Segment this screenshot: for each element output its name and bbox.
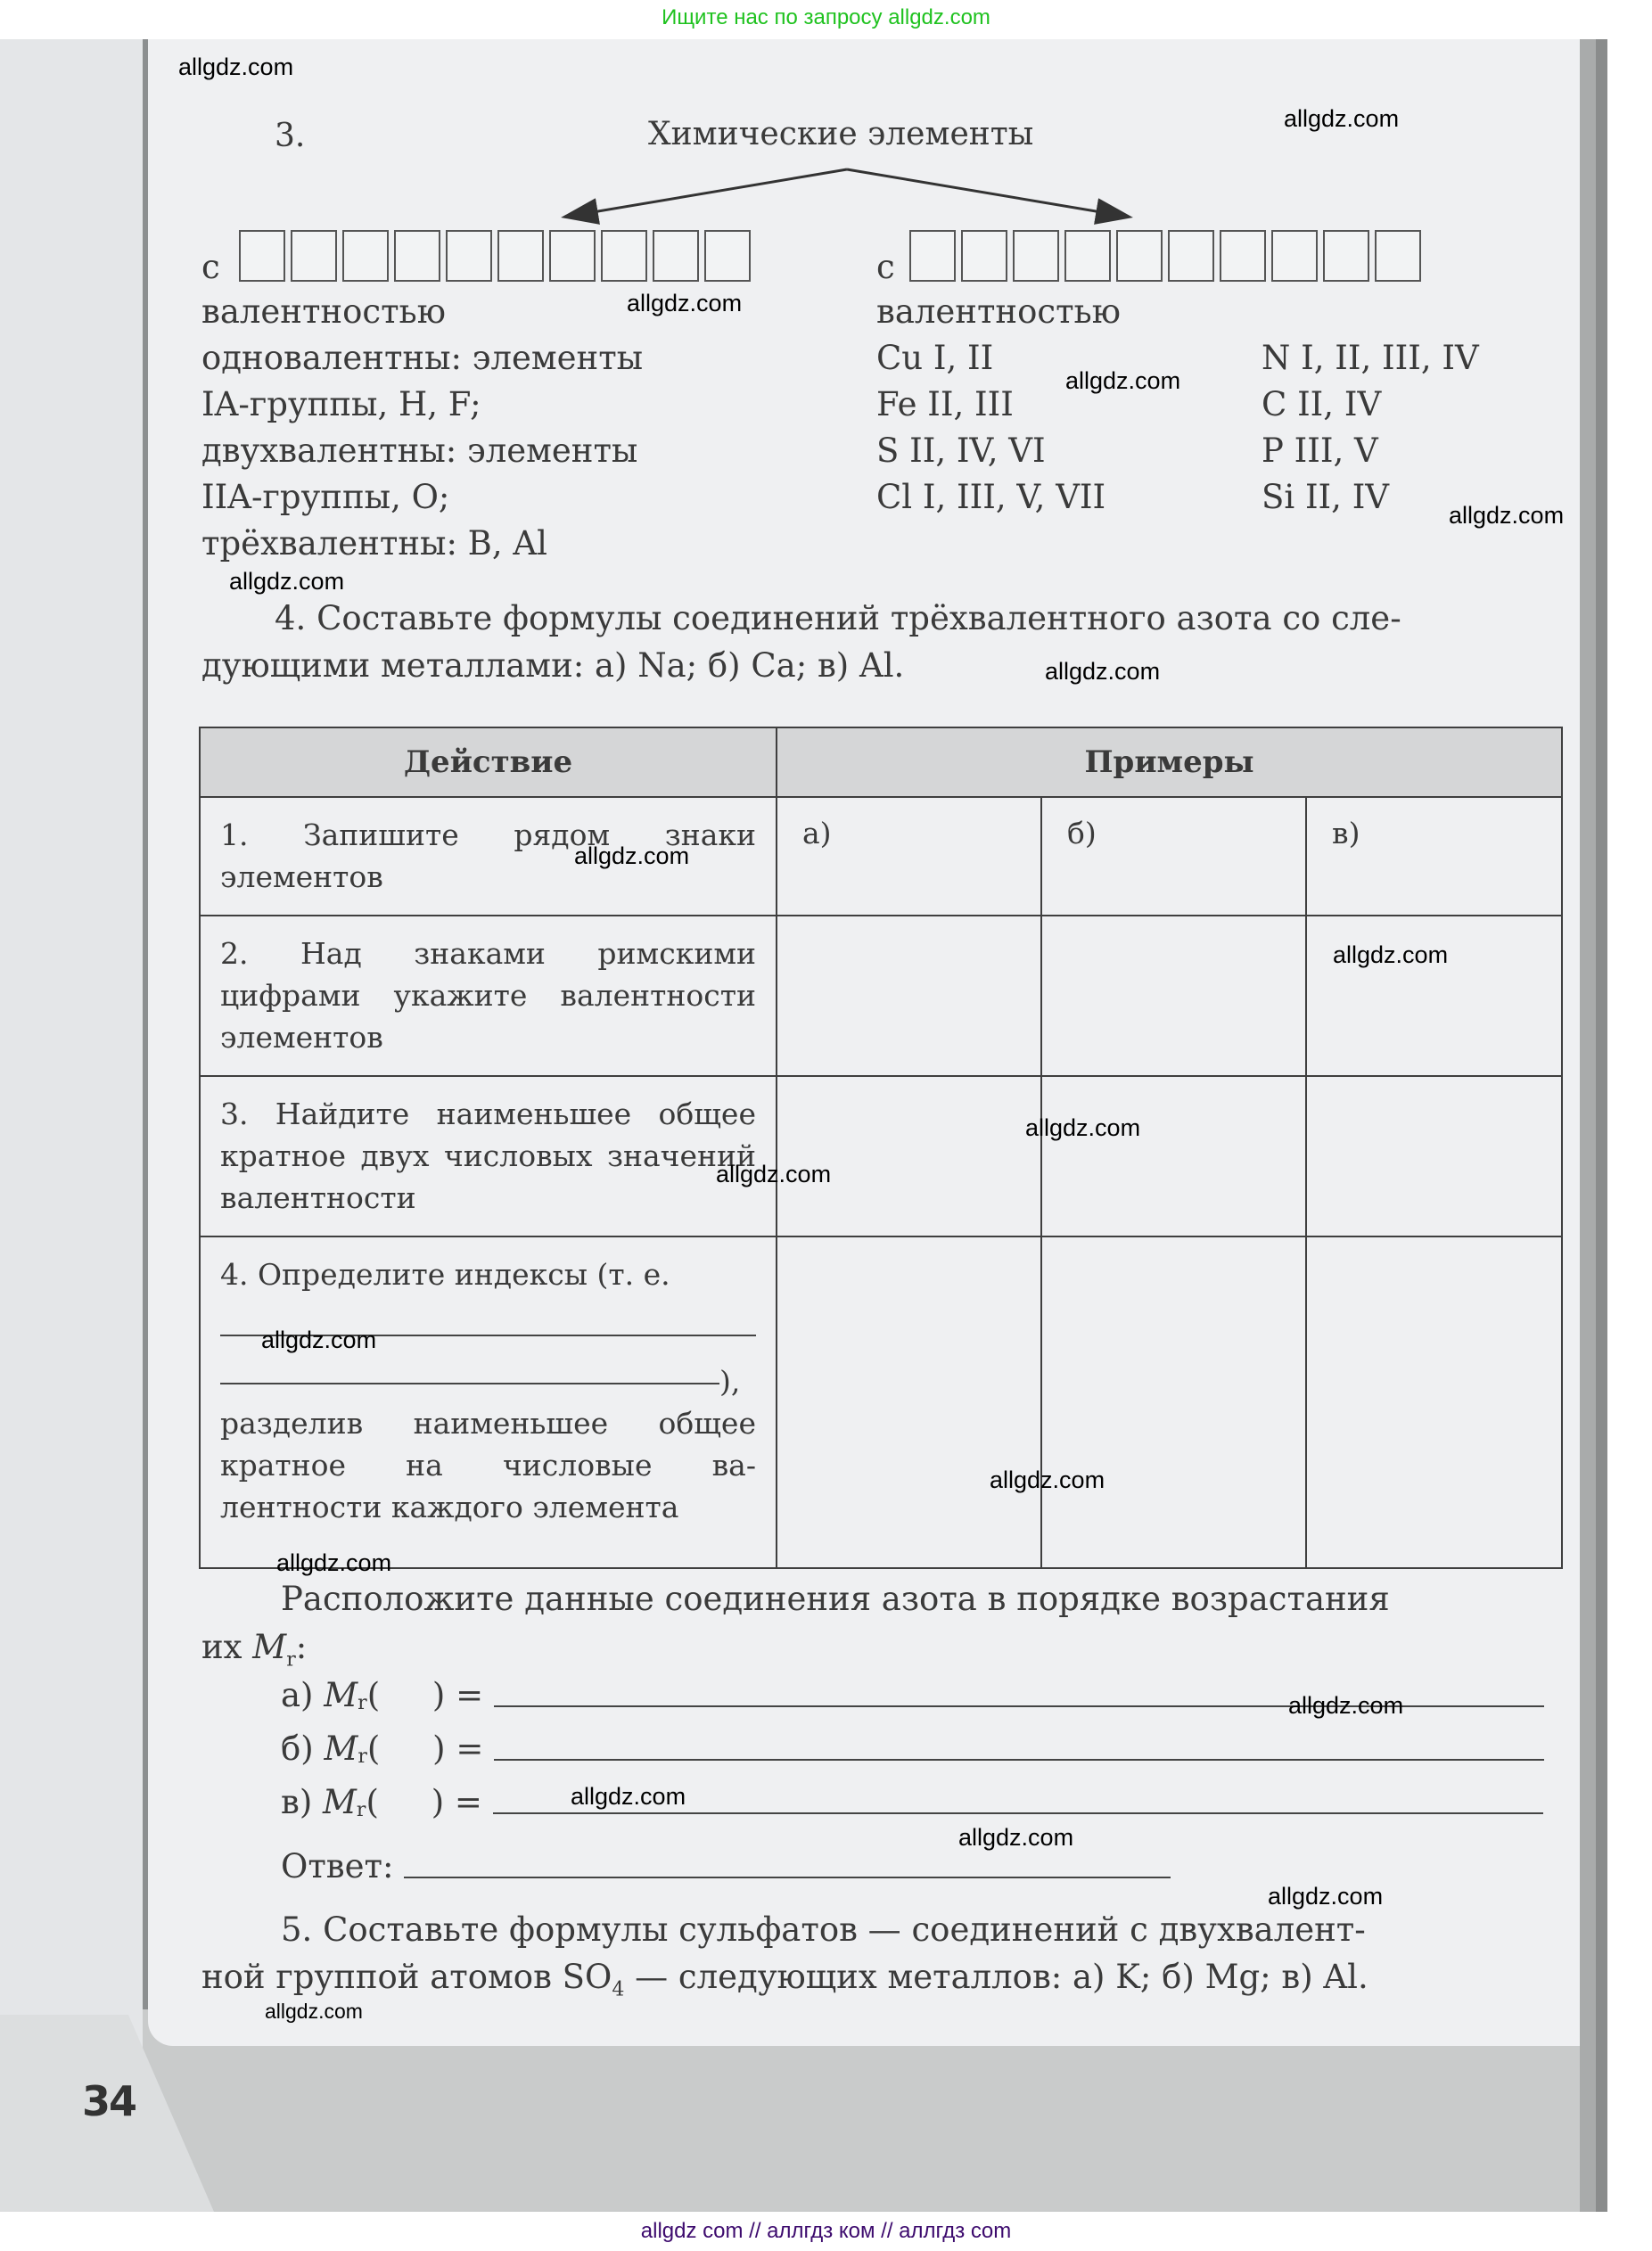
watermark: allgdz.com	[178, 53, 293, 81]
header-examples: Примеры	[777, 727, 1562, 797]
example-cell-a[interactable]: а)	[777, 797, 1041, 916]
example-cell[interactable]	[1041, 916, 1306, 1076]
example-label-c: в)	[1332, 816, 1360, 850]
order-task-line2: их Mr:	[201, 1628, 307, 1671]
answer-box[interactable]	[1220, 230, 1266, 282]
step4-text-before: 4. Определите индексы (т. е.	[220, 1257, 670, 1292]
element-valence: Cu I, II	[876, 339, 993, 377]
mr-row-c: в) Mr( ) =	[281, 1783, 1543, 1821]
answer-box[interactable]	[704, 230, 751, 282]
action-step-4: 4. Определите индексы (т. е. ), разделив…	[200, 1236, 777, 1568]
example-cell[interactable]	[1306, 1076, 1562, 1236]
watermark: allgdz.com	[261, 1327, 376, 1354]
answer-box[interactable]	[601, 230, 647, 282]
watermark: allgdz.com	[574, 842, 689, 870]
answer-box[interactable]	[394, 230, 440, 282]
example-cell[interactable]	[1041, 1076, 1306, 1236]
watermark: allgdz.com	[1025, 1114, 1140, 1142]
left-answer-boxes[interactable]	[239, 230, 751, 282]
example-cell[interactable]	[1306, 1236, 1562, 1568]
left-line: одновалентны: элементы	[201, 339, 643, 377]
watermark: allgdz.com	[1045, 658, 1160, 686]
answer-input[interactable]	[404, 1877, 1171, 1878]
task5-line2: ной группой атомов SO4 — следующих метал…	[201, 1958, 1368, 2000]
example-cell-b[interactable]: б)	[1041, 797, 1306, 916]
answer-box[interactable]	[1064, 230, 1111, 282]
answer-box[interactable]	[342, 230, 389, 282]
example-cell[interactable]	[777, 1236, 1041, 1568]
watermark: allgdz.com	[265, 2000, 363, 2024]
watermark: allgdz.com	[990, 1466, 1105, 1494]
answer-box[interactable]	[497, 230, 544, 282]
answer-box[interactable]	[1375, 230, 1421, 282]
answer-box[interactable]	[653, 230, 699, 282]
left-line: трёхвалентны: B, Al	[201, 524, 547, 563]
task4-line2: дующими металлами: а) Na; б) Ca; в) Al.	[201, 646, 904, 685]
left-line: IA-группы, H, F;	[201, 385, 481, 423]
answer-box[interactable]	[1323, 230, 1369, 282]
left-line: двухвалентны: элементы	[201, 431, 637, 470]
example-cell[interactable]	[1306, 916, 1562, 1076]
element-valence: N I, II, III, IV	[1262, 339, 1479, 377]
action-step-3: 3. Найдите наименьшее об­щее кратное дву…	[200, 1076, 777, 1236]
answer-box[interactable]	[1116, 230, 1163, 282]
example-label-a: а)	[802, 816, 832, 850]
branch-arrows-icon	[0, 0, 1652, 267]
left-page-shadow	[0, 39, 143, 2212]
example-cell-c[interactable]: в)	[1306, 797, 1562, 916]
answer-box[interactable]	[961, 230, 1007, 282]
watermark: allgdz.com	[571, 1783, 686, 1811]
answer-box[interactable]	[909, 230, 956, 282]
answer-box[interactable]	[1013, 230, 1059, 282]
right-suffix: валентностью	[876, 292, 1121, 331]
answer-box[interactable]	[1168, 230, 1214, 282]
answer-box[interactable]	[1271, 230, 1318, 282]
element-valence: C II, IV	[1262, 385, 1381, 423]
example-cell[interactable]	[777, 1076, 1041, 1236]
action-step-2: 2. Над знаками римскими цифрами укажите …	[200, 916, 777, 1076]
watermark: allgdz.com	[1288, 1692, 1403, 1720]
right-page-edge-dark	[1596, 39, 1607, 2212]
left-prefix: с	[201, 248, 220, 286]
bottom-footer: allgdz com // аллгдз ком // аллгдз com	[0, 2212, 1652, 2251]
step4-text-after: разделив наименьшее общее кратное на чис…	[220, 1406, 756, 1524]
spine-line	[143, 39, 148, 2009]
example-cell[interactable]	[777, 916, 1041, 1076]
action-step-1: 1. Запишите рядом знаки элементов	[200, 797, 777, 916]
watermark: allgdz.com	[1268, 1883, 1383, 1910]
watermark: allgdz.com	[958, 1824, 1073, 1852]
left-suffix: валентностью	[201, 292, 446, 331]
page-number: 34	[82, 2077, 136, 2125]
watermark: allgdz.com	[716, 1161, 831, 1188]
right-answer-boxes[interactable]	[909, 230, 1421, 282]
example-cell[interactable]	[1041, 1236, 1306, 1568]
watermark: allgdz.com	[1333, 941, 1448, 969]
watermark: allgdz.com	[1284, 105, 1399, 133]
answer-box[interactable]	[239, 230, 285, 282]
answer-label: Ответ:	[281, 1847, 393, 1885]
mr-input-b[interactable]	[494, 1759, 1544, 1761]
answer-box[interactable]	[291, 230, 337, 282]
answer-box[interactable]	[549, 230, 596, 282]
watermark: allgdz.com	[1449, 502, 1564, 530]
element-valence: Cl I, III, V, VII	[876, 478, 1105, 516]
answer-row: Ответ:	[281, 1847, 1171, 1885]
watermark: allgdz.com	[1065, 367, 1180, 395]
left-line: IIA-группы, O;	[201, 478, 449, 516]
right-prefix: с	[876, 248, 895, 286]
element-valence: Si II, IV	[1262, 478, 1389, 516]
element-valence: Fe II, III	[876, 385, 1014, 423]
mr-input-c[interactable]	[493, 1812, 1543, 1814]
watermark: allgdz.com	[276, 1549, 391, 1577]
mr-row-b: б) Mr( ) =	[281, 1729, 1544, 1768]
valence-table: Действие Примеры 1. Запишите рядом знаки…	[199, 727, 1563, 1569]
order-task-line1: Расположите данные соединения азота в по…	[281, 1580, 1390, 1618]
element-valence: P III, V	[1262, 431, 1378, 470]
watermark: allgdz.com	[627, 290, 742, 317]
header-action: Действие	[200, 727, 777, 797]
task5-line1: 5. Составьте формулы сульфатов — соедине…	[281, 1910, 1366, 1949]
answer-box[interactable]	[446, 230, 492, 282]
watermark: allgdz.com	[229, 568, 344, 596]
task4-line1: 4. Составьте формулы соединений трёхвале…	[275, 599, 1563, 637]
step4-close: ),	[719, 1364, 740, 1399]
element-valence: S II, IV, VI	[876, 431, 1046, 470]
example-label-b: б)	[1067, 816, 1097, 850]
